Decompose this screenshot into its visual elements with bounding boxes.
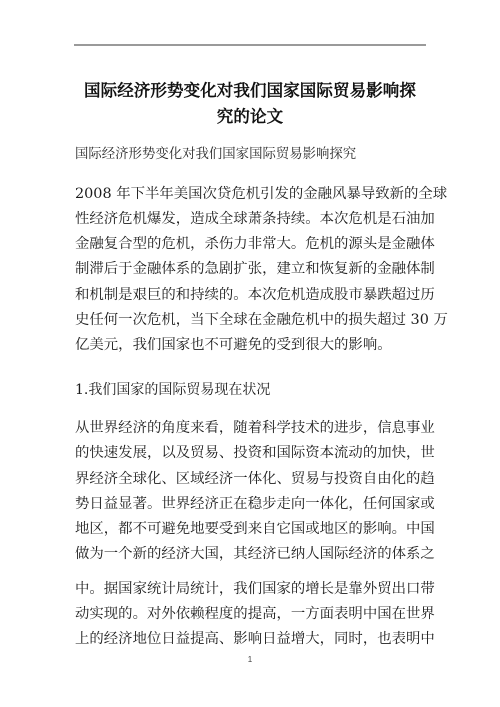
paragraph-line: 中。据国家统计局统计，我们国家的增长是靠外贸出口带 [75,577,427,598]
paragraph-line: 亿美元，我们国家也不可避免的受到很大的影响。 [75,333,427,354]
paragraph-line: 做为一个新的经济大国，其经济已纳人国际经济的体系之 [75,542,427,563]
paragraph-line: 势日益显著。世界经济正在稳步走向一体化，任何国家或 [75,492,427,513]
paragraph-line: 地区，都不可避免地要受到来自它国或地区的影响。中国 [75,517,427,538]
paragraph-line: 制滞后于金融体系的急剧扩张，建立和恢复新的金融体制 [75,257,427,278]
paragraph-line: 性经济危机爆发，造成全球萧条持续。本次危机是石油加 [75,207,427,228]
paragraph-line: 金融复合型的危机，杀伤力非常大。危机的源头是金融体 [75,232,427,253]
section-heading: 1.我们国家的国际贸易现在状况 [75,379,427,399]
paragraph-line: 的快速发展，以及贸易、投资和国际资本流动的加快，世 [75,441,427,462]
document-title-line-2: 究的论文 [70,103,430,127]
paragraph-line: 上的经济地位日益提高、影响日益增大，同时，也表明中 [75,627,427,648]
paragraph-line: 和机制是艰巨的和持续的。本次危机造成股市暴跌超过历 [75,283,427,304]
paragraph-line: 界经济全球化、区域经济一体化、贸易与投资自由化的趋 [75,467,427,488]
paragraph-line: 动实现的。对外依赖程度的提高，一方面表明中国在世界 [75,602,427,623]
document-title-line-1: 国际经济形势变化对我们国家国际贸易影响探 [70,77,430,101]
document-subtitle: 国际经济形势变化对我们国家国际贸易影响探究 [75,143,427,162]
page-number: 1 [240,655,260,664]
paragraph-line: 2008 年下半年美国次贷危机引发的金融风暴导致新的全球 [75,182,427,203]
header-rule [74,44,426,46]
paragraph-line: 史任何一次危机，当下全球在金融危机中的损失超过 30 万 [75,308,427,329]
paragraph-line: 从世界经济的角度来看，随着科学技术的进步，信息事业 [75,416,427,437]
